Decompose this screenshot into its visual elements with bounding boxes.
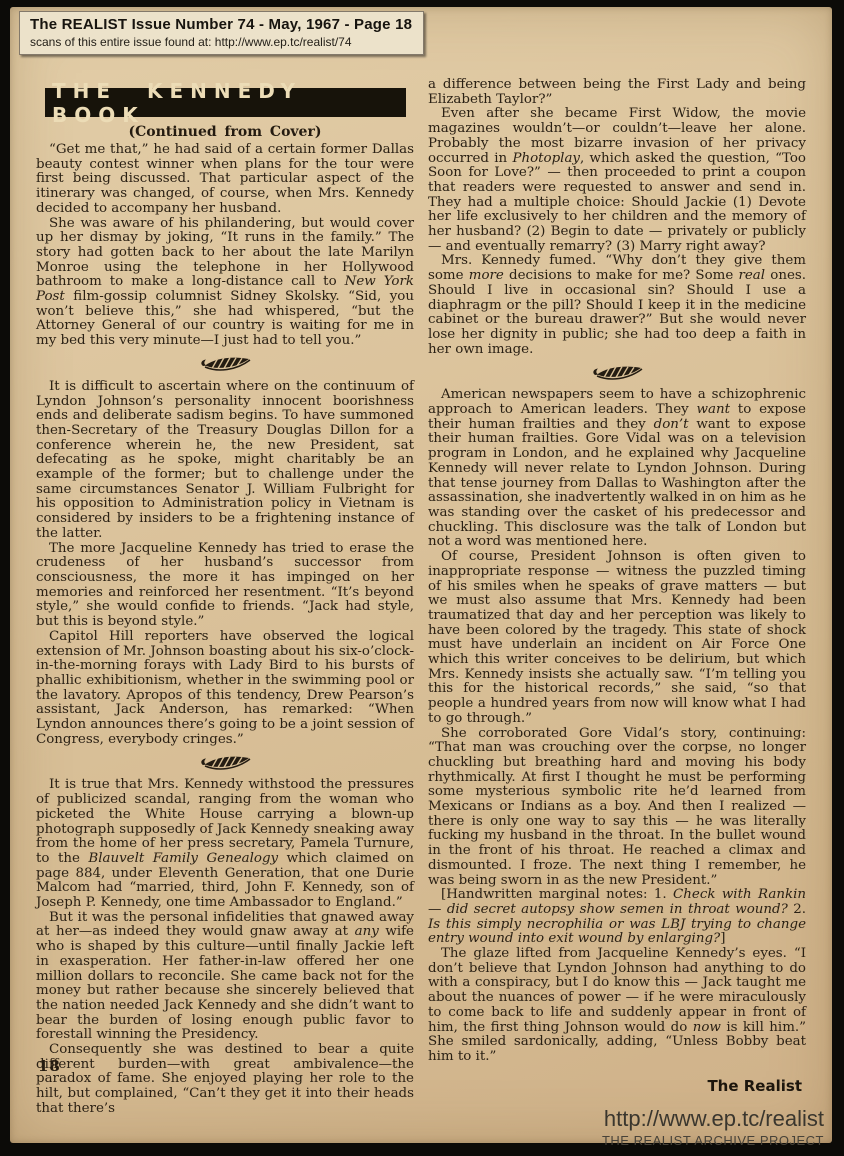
article-title-banner: THE KENNEDY BOOK [45, 88, 406, 117]
left-column: THE KENNEDY BOOK (Continued from Cover) … [36, 78, 414, 1117]
article-paragraph: Mrs. Kennedy fumed. “Why don’t they give… [428, 254, 806, 357]
archive-url: http://www.ep.tc/realist [602, 1106, 824, 1132]
archive-watermark: http://www.ep.tc/realist THE REALIST ARC… [602, 1106, 824, 1148]
article-paragraph: It is true that Mrs. Kennedy withstood t… [36, 778, 414, 910]
article-paragraph: She corroborated Gore Vidal’s story, con… [428, 727, 806, 889]
article-paragraph: Consequently she was destined to bear a … [36, 1043, 414, 1117]
article-paragraph: But it was the personal infidelities tha… [36, 911, 414, 1043]
magazine-signature: The Realist [428, 1077, 806, 1095]
article-paragraph: [Handwritten marginal notes: 1. Check wi… [428, 888, 806, 947]
leaf-ornament-icon [36, 751, 414, 775]
issue-info: The REALIST Issue Number 74 - May, 1967 … [30, 16, 412, 33]
page-number: 18 [38, 1057, 61, 1075]
leaf-ornament-icon [428, 361, 806, 385]
article-title: THE KENNEDY BOOK [52, 79, 406, 127]
article-paragraph: American newspapers seem to have a schiz… [428, 388, 806, 550]
archive-header-label: The REALIST Issue Number 74 - May, 1967 … [19, 11, 424, 55]
archive-project-name: THE REALIST ARCHIVE PROJECT [602, 1133, 824, 1148]
article-paragraph: “Get me that,” he had said of a certain … [36, 143, 414, 217]
right-column: a difference between being the First Lad… [428, 78, 806, 1117]
article-paragraph: Even after she became First Widow, the m… [428, 107, 806, 254]
article-content: THE KENNEDY BOOK (Continued from Cover) … [36, 78, 806, 1117]
article-paragraph: It is difficult to ascertain where on th… [36, 380, 414, 542]
leaf-ornament-icon [36, 353, 414, 377]
right-column-body: a difference between being the First Lad… [428, 78, 806, 1065]
article-paragraph: She was aware of his philandering, but w… [36, 217, 414, 349]
article-paragraph: Of course, President Johnson is often gi… [428, 550, 806, 726]
left-column-body: “Get me that,” he had said of a certain … [36, 143, 414, 1117]
article-paragraph: The more Jacqueline Kennedy has tried to… [36, 542, 414, 630]
scan-source-note: scans of this entire issue found at: htt… [30, 35, 412, 49]
article-paragraph: The glaze lifted from Jacqueline Kennedy… [428, 947, 806, 1065]
article-paragraph: a difference between being the First Lad… [428, 78, 806, 107]
article-paragraph: Capitol Hill reporters have observed the… [36, 630, 414, 748]
scanned-magazine-page: The REALIST Issue Number 74 - May, 1967 … [0, 0, 844, 1156]
